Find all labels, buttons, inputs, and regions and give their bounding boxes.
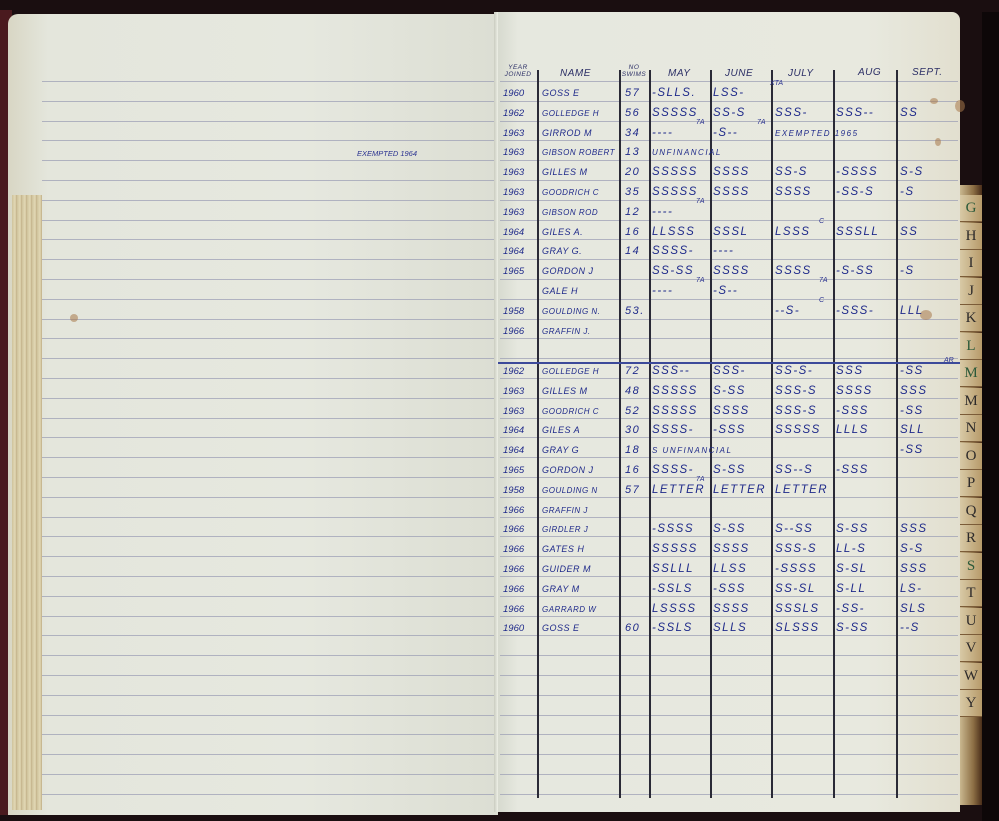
column-divider (710, 70, 712, 798)
ruled-line (42, 358, 494, 359)
cell-june: SSSS (713, 600, 750, 619)
index-tab-r[interactable]: R (960, 525, 982, 552)
cell-may: SS-SS (652, 262, 694, 281)
cell-july: SS-S- (775, 362, 813, 381)
index-tab-q[interactable]: Q (960, 498, 982, 525)
cell-sept: -SS (900, 402, 924, 421)
cell-year: 1963 (503, 203, 524, 222)
cell-swims: 52 (625, 402, 640, 421)
ruled-line (500, 754, 958, 755)
stain (70, 314, 78, 322)
cell-may: UNFINANCIAL (652, 143, 722, 162)
cell-may: SSS-- (652, 362, 690, 381)
cell-swims: 57 (625, 84, 640, 103)
cell-year: 1966 (503, 501, 524, 520)
cell-name: GOODRICH C (542, 402, 599, 421)
ledger-book: EXEMPTED 1964 YEAR JOINED NAME NO SWIMS … (0, 0, 999, 821)
cell-sept: S-S (900, 540, 924, 559)
cell-year: 1964 (503, 441, 524, 460)
cell-swims: 48 (625, 382, 640, 401)
ruled-line (42, 239, 494, 240)
ruled-line (42, 517, 494, 518)
cell-aug: S-SS (836, 520, 869, 539)
cell-may-note: 7A (696, 476, 705, 483)
cell-sept: SSS (900, 560, 928, 579)
index-tab-l[interactable]: L (960, 333, 982, 360)
cell-may: LETTER (652, 481, 705, 500)
index-tab-h[interactable]: H (960, 223, 982, 250)
cell-name: GORDON J (542, 262, 594, 281)
cell-year: 1958 (503, 481, 524, 500)
left-page-annotation: EXEMPTED 1964 (357, 149, 417, 158)
cell-may: ---- (652, 282, 673, 301)
cell-year: 1963 (503, 183, 524, 202)
ruled-line (42, 418, 494, 419)
cell-swims: 72 (625, 362, 640, 381)
ruled-line (500, 695, 958, 696)
ruled-line (42, 378, 494, 379)
cell-sept: -SS (900, 362, 924, 381)
index-tab-s[interactable]: S (960, 553, 982, 580)
index-tab-m[interactable]: M (960, 360, 982, 387)
cell-july: SSSS (775, 183, 812, 202)
cell-year: 1966 (503, 520, 524, 539)
cell-name: GIRROD M (542, 124, 592, 143)
cell-year: 1963 (503, 402, 524, 421)
ruled-line (42, 338, 494, 339)
cell-aug: SSS-- (836, 104, 874, 123)
cell-swims: 13 (625, 143, 640, 162)
cell-june: S-SS (713, 382, 746, 401)
ruled-line (42, 596, 494, 597)
cell-may-note: 7A (696, 119, 705, 126)
cell-sept: SSS (900, 382, 928, 401)
cell-name: GIBSON ROBERT (542, 143, 615, 162)
index-tab-g[interactable]: G (960, 195, 982, 222)
index-tab-k[interactable]: K (960, 305, 982, 332)
cell-sept-note: AR (944, 357, 954, 364)
header-july: JULY (788, 68, 814, 79)
page-edge-stack (12, 195, 42, 810)
cell-july: SSS- (775, 104, 808, 123)
index-tab-t[interactable]: T (960, 580, 982, 607)
ruled-line (42, 556, 494, 557)
cell-year: 1962 (503, 362, 524, 381)
cell-june-note: 7A (757, 119, 766, 126)
cell-aug: -S-SS (836, 262, 874, 281)
cell-name: GILLES M (542, 163, 588, 182)
cell-name: GARRARD W (542, 600, 596, 619)
cell-june: LLSS (713, 560, 747, 579)
cell-year: 1966 (503, 540, 524, 559)
ruled-line (42, 774, 494, 775)
cell-swims: 16 (625, 223, 640, 242)
cell-july: SS-S (775, 163, 808, 182)
cell-may: LSSSS (652, 600, 697, 619)
cell-sept: S-S (900, 163, 924, 182)
ruled-line (42, 398, 494, 399)
cell-june: SSS- (713, 362, 746, 381)
cell-year: 1958 (503, 302, 524, 321)
ruled-line (42, 279, 494, 280)
cell-may: -SSSS (652, 520, 694, 539)
cell-name: GRAY G (542, 441, 579, 460)
cell-aug: -SSS (836, 402, 869, 421)
ruled-line (42, 675, 494, 676)
cell-year: 1964 (503, 421, 524, 440)
cell-sept: SS (900, 104, 918, 123)
cell-year: 1963 (503, 163, 524, 182)
ruled-line (500, 734, 958, 735)
cell-may: SSSS- (652, 242, 694, 261)
cell-june: LETTER (713, 481, 766, 500)
cell-july: SS-SL (775, 580, 816, 599)
cell-june: -SSS (713, 580, 746, 599)
cell-sept: SSS (900, 520, 928, 539)
cell-swims: 20 (625, 163, 640, 182)
cell-sept: LS- (900, 580, 922, 599)
ruled-line (42, 81, 494, 82)
header-may: MAY (668, 68, 690, 79)
ruled-line (500, 358, 958, 359)
cell-may: SSSS- (652, 461, 694, 480)
ruled-line (500, 675, 958, 676)
cell-swims: 53. (625, 302, 645, 321)
cell-june: SSSS (713, 262, 750, 281)
cell-july-note: C (819, 297, 824, 304)
cell-name: GOLLEDGE H (542, 362, 599, 381)
cell-sept: -S (900, 183, 915, 202)
cell-july: SSS-S (775, 540, 817, 559)
stain (955, 100, 965, 112)
cell-swims: 34 (625, 124, 640, 143)
index-tab-m[interactable]: M (960, 388, 982, 415)
cell-aug: LLLS (836, 421, 869, 440)
cell-may: SSSSS (652, 540, 698, 559)
cell-july: SS--S (775, 461, 813, 480)
cell-name: GOULDING N (542, 481, 598, 500)
cell-aug: S-LL (836, 580, 866, 599)
cell-june: SLLS (713, 619, 747, 638)
cell-name: GIBSON ROD (542, 203, 598, 222)
cell-june: -S-- (713, 124, 738, 143)
cell-july-note: 7A (819, 277, 828, 284)
cell-june: -S-- (713, 282, 738, 301)
cell-may: SSSSS (652, 402, 698, 421)
cell-year: 1964 (503, 242, 524, 261)
cell-name: GOODRICH C (542, 183, 599, 202)
cell-june: SSSS (713, 540, 750, 559)
cell-year: 1960 (503, 84, 524, 103)
ruled-line (42, 635, 494, 636)
cell-name: GATES H (542, 540, 584, 559)
cell-july: LETTER (775, 481, 828, 500)
cell-aug: -SS- (836, 600, 865, 619)
ruled-line (42, 437, 494, 438)
ruled-line (42, 180, 494, 181)
cell-swims: 30 (625, 421, 640, 440)
cell-aug: -SSSS (836, 163, 878, 182)
cell-may: S UNFINANCIAL (652, 441, 732, 460)
index-tab-j[interactable]: J (960, 278, 982, 305)
cell-name: GORDON J (542, 461, 594, 480)
column-divider (833, 70, 835, 798)
cell-july: S--SS (775, 520, 813, 539)
cell-year: 1966 (503, 322, 524, 341)
ruled-line (500, 774, 958, 775)
cell-may: SSSSS (652, 163, 698, 182)
cell-swims: 16 (625, 461, 640, 480)
cell-aug: -SSS (836, 461, 869, 480)
header-aug: AUG (858, 67, 881, 78)
cell-swims: 18 (625, 441, 640, 460)
cell-swims: 56 (625, 104, 640, 123)
ruled-line (42, 616, 494, 617)
stain (935, 138, 941, 146)
ruled-line (42, 497, 494, 498)
cell-year: 1966 (503, 580, 524, 599)
cell-name: GIRDLER J (542, 520, 588, 539)
ruled-line (42, 220, 494, 221)
ruled-line (42, 140, 494, 141)
ruled-line (42, 457, 494, 458)
cell-aug: -SSS- (836, 302, 874, 321)
ruled-line (42, 200, 494, 201)
column-divider (537, 70, 539, 798)
cell-july: SSS-S (775, 402, 817, 421)
cell-may: -SLLS. (652, 84, 696, 103)
ruled-line (42, 754, 494, 755)
ruled-line (42, 101, 494, 102)
cell-may: SSSS- (652, 421, 694, 440)
cell-june: LSS- (713, 84, 745, 103)
cell-june: S-SS (713, 461, 746, 480)
header-july-note: XTA (770, 80, 783, 87)
cell-aug: SSS (836, 362, 864, 381)
cell-swims: 60 (625, 619, 640, 638)
ruled-line (500, 715, 958, 716)
cell-june: S-SS (713, 520, 746, 539)
cell-swims: 14 (625, 242, 640, 261)
cell-june: ---- (713, 242, 734, 261)
ruled-line (42, 536, 494, 537)
ruled-line (42, 734, 494, 735)
header-no-swims: NO SWIMS (620, 64, 648, 78)
cell-aug: -SS-S (836, 183, 874, 202)
cell-year: 1964 (503, 223, 524, 242)
cell-name: GOULDING N. (542, 302, 600, 321)
cell-july: SSS-S (775, 382, 817, 401)
cell-sept: --S (900, 619, 920, 638)
ruled-line (500, 794, 958, 795)
cell-year: 1965 (503, 262, 524, 281)
cell-name: GRAY M (542, 580, 580, 599)
cell-year: 1963 (503, 382, 524, 401)
ruled-line (42, 477, 494, 478)
header-name: NAME (560, 68, 591, 79)
cell-name: GOSS E (542, 84, 580, 103)
index-tab-u[interactable]: U (960, 608, 982, 635)
header-sept: SEPT. (912, 67, 942, 78)
cell-july: EXEMPTED 1965 (775, 124, 859, 143)
cell-year: 1966 (503, 600, 524, 619)
ruled-line (42, 715, 494, 716)
ruled-line (42, 160, 494, 161)
cell-june: SSSL (713, 223, 748, 242)
ruled-line (42, 695, 494, 696)
ruled-line (42, 299, 494, 300)
stain (930, 98, 938, 104)
cell-may: -SSLS (652, 619, 693, 638)
index-tab-y[interactable]: Y (960, 690, 982, 717)
cell-name: GRAFFIN J (542, 501, 588, 520)
cell-year: 1965 (503, 461, 524, 480)
cell-name: GOSS E (542, 619, 580, 638)
cell-may: ---- (652, 203, 673, 222)
column-divider (896, 70, 898, 798)
ruled-line (42, 655, 494, 656)
column-divider (619, 70, 621, 798)
cell-sept: SS (900, 223, 918, 242)
cell-name: GRAFFIN J. (542, 322, 591, 341)
cell-year: 1963 (503, 124, 524, 143)
cell-name: GOLLEDGE H (542, 104, 599, 123)
cell-name: GILES A (542, 421, 580, 440)
cell-july: SSSLS (775, 600, 820, 619)
index-tab-p[interactable]: P (960, 470, 982, 497)
cell-name: GILES A. (542, 223, 583, 242)
cell-aug: LL-S (836, 540, 866, 559)
cell-may-note: 7A (696, 277, 705, 284)
cell-may: ---- (652, 124, 673, 143)
cell-may: SSLLL (652, 560, 694, 579)
cell-year: 1963 (503, 143, 524, 162)
cell-swims: 57 (625, 481, 640, 500)
ruled-line (42, 319, 494, 320)
ruled-line (500, 81, 958, 82)
cell-june: SSSS (713, 183, 750, 202)
cell-july: LSSS (775, 223, 810, 242)
cell-may: LLSSS (652, 223, 695, 242)
column-divider (649, 70, 651, 798)
cell-may: SSSSS (652, 382, 698, 401)
cell-july: --S- (775, 302, 800, 321)
cell-sept: SLS (900, 600, 926, 619)
cell-july: SSSSS (775, 421, 821, 440)
ruled-line (42, 121, 494, 122)
cell-aug: S-SL (836, 560, 868, 579)
header-june: JUNE (725, 68, 753, 79)
cell-june: SSSS (713, 163, 750, 182)
cell-year: 1960 (503, 619, 524, 638)
cell-sept: SLL (900, 421, 925, 440)
index-tab-v[interactable]: V (960, 635, 982, 662)
cell-sept: -SS (900, 441, 924, 460)
index-tab-n[interactable]: N (960, 415, 982, 442)
cell-name: GILLES M (542, 382, 588, 401)
header-year-joined: YEAR JOINED (500, 64, 536, 78)
cell-sept: -S (900, 262, 915, 281)
cell-july: SSSS (775, 262, 812, 281)
cell-swims: 12 (625, 203, 640, 222)
cell-swims: 35 (625, 183, 640, 202)
cell-may: -SSLS (652, 580, 693, 599)
cell-year: 1962 (503, 104, 524, 123)
cell-june: SSSS (713, 402, 750, 421)
cell-aug: S-SS (836, 619, 869, 638)
cell-july-note: C (819, 218, 824, 225)
cell-july: -SSSS (775, 560, 817, 579)
ruled-line (42, 259, 494, 260)
cell-name: GALE H (542, 282, 578, 301)
cell-june: SS-S (713, 104, 746, 123)
column-divider (771, 70, 773, 798)
ruled-line (42, 576, 494, 577)
cell-aug: SSSS (836, 382, 873, 401)
book-right-edge (982, 12, 999, 821)
cell-name: GUIDER M (542, 560, 591, 579)
cell-may: SSSSS (652, 183, 698, 202)
index-tab-w[interactable]: W (960, 663, 982, 690)
cell-june: -SSS (713, 421, 746, 440)
cell-may: SSSSS (652, 104, 698, 123)
cell-name: GRAY G. (542, 242, 582, 261)
index-tab-o[interactable]: O (960, 443, 982, 470)
ruled-line (500, 655, 958, 656)
cell-aug: SSSLL (836, 223, 879, 242)
cell-july: SLSSS (775, 619, 820, 638)
cell-year: 1966 (503, 560, 524, 579)
cell-sept: LLL (900, 302, 924, 321)
cell-may-note: 7A (696, 198, 705, 205)
index-tab-i[interactable]: I (960, 250, 982, 277)
ruled-line (42, 794, 494, 795)
